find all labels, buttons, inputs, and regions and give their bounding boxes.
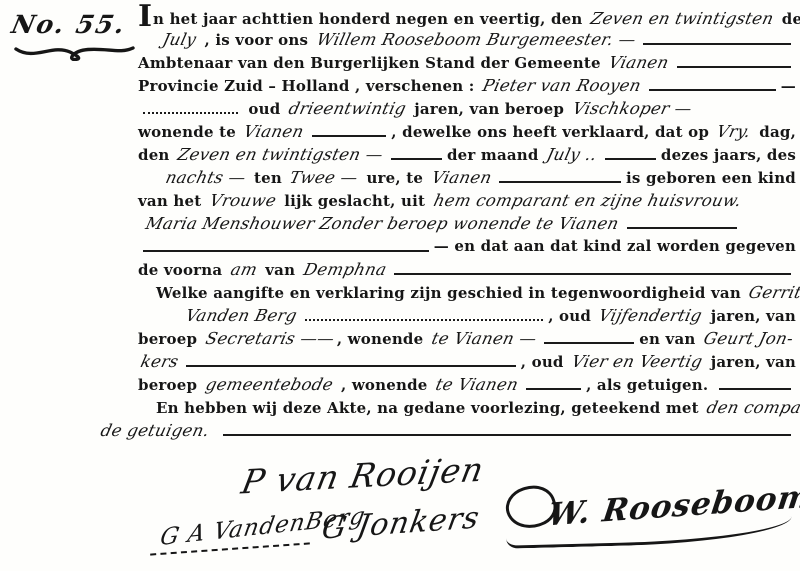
printed-text: van het: [138, 190, 207, 213]
fill-line: [391, 158, 442, 160]
act-line: de getuigen.: [98, 419, 796, 442]
fill-line: [143, 250, 429, 252]
act-body: In het jaar achttien honderd negen en ve…: [138, 5, 796, 442]
act-number-text: No. 55.: [9, 10, 129, 39]
printed-text: lijk geslacht, uit: [279, 190, 431, 213]
handwritten-text: Geurt Jon-: [698, 327, 798, 350]
fill-line: [643, 43, 791, 45]
fill-line: [544, 342, 634, 344]
printed-text: der maand: [447, 144, 544, 167]
printed-text: , oud: [521, 351, 569, 374]
act-line: Vanden Berg, oud Vijfendertig jaren, van: [183, 304, 796, 327]
handwritten-text: Vianen: [239, 120, 310, 143]
handwritten-text: te Vianen: [430, 373, 523, 396]
printed-text: , wonende: [336, 374, 433, 397]
handwritten-text: Pieter van Rooyen: [477, 74, 646, 97]
act-number: No. 55.: [12, 10, 142, 61]
act-line: kers, oud Vier en Veertig jaren, van: [138, 350, 796, 373]
handwritten-text: Vianen: [426, 166, 497, 189]
printed-text: En hebben wij deze Akte, na gedane voorl…: [156, 397, 704, 420]
handwritten-text: den comparant en: [702, 396, 800, 419]
birth-certificate-document: No. 55. In het jaar achttien honderd neg…: [0, 0, 800, 571]
fill-line: [649, 89, 776, 91]
printed-text: — en dat aan dat kind zal worden gegeven: [434, 235, 796, 258]
act-line: wonende te Vianen, dewelke ons heeft ver…: [138, 120, 796, 143]
handwritten-text: hem comparant en zijne huisvrouw.: [428, 189, 746, 212]
printed-text: dag,: [754, 121, 796, 144]
printed-text: —: [781, 75, 796, 98]
handwritten-text: te Vianen —: [426, 327, 542, 350]
fill-line: [627, 227, 737, 229]
handwritten-text: Vijfendertig: [594, 304, 708, 327]
act-line: beroep Secretaris ——, wonende te Vianen …: [138, 327, 796, 350]
signature-declarant: P van Rooijen: [238, 449, 487, 501]
fill-line: [312, 135, 386, 137]
printed-text: Provincie Zuid – Holland , verschenen :: [138, 75, 480, 98]
printed-text: wonende te: [138, 121, 241, 144]
printed-text: jaren, van beroep: [409, 98, 570, 121]
handwritten-text: Maria Menshouwer Zonder beroep wonende t…: [140, 212, 624, 235]
printed-text: , als getuigen.: [586, 374, 714, 397]
act-line: van het Vrouwe lijk geslacht, uit hem co…: [138, 189, 796, 212]
printed-text: de voorna: [138, 259, 228, 282]
act-line: beroep gemeentebode , wonende te Vianen,…: [138, 373, 796, 396]
printed-text: der maand: [776, 8, 800, 31]
printed-text: dezes jaars, des: [661, 144, 796, 167]
act-line: In het jaar achttien honderd negen en ve…: [138, 5, 796, 28]
handwritten-text: de getuigen.: [95, 419, 220, 442]
handwritten-text: Zeven en twintigsten: [585, 7, 779, 30]
fill-line: [186, 365, 515, 367]
printed-text: , dewelke ons heeft verklaard, dat op: [391, 121, 714, 144]
printed-text: is geboren een kind: [626, 167, 796, 190]
act-line: den Zeven en twintigsten —der maand July…: [138, 143, 796, 166]
printed-text: jaren, van: [705, 351, 796, 374]
printed-text: den: [138, 144, 175, 167]
act-line: de voorna am van Demphna: [138, 258, 796, 281]
fill-line: [223, 434, 791, 436]
fill-line: [394, 273, 791, 275]
act-line: — en dat aan dat kind zal worden gegeven: [138, 235, 796, 258]
printed-text: ten: [249, 167, 288, 190]
act-line: July , is voor ons Willem Rooseboom Burg…: [160, 28, 796, 51]
handwritten-text: Zeven en twintigsten —: [172, 143, 388, 166]
printed-text: jaren, van: [705, 305, 796, 328]
handwritten-text: Twee —: [285, 166, 364, 189]
dotted-fill: [305, 319, 544, 321]
drop-cap-initial: I: [138, 7, 152, 27]
handwritten-text: nachts —: [160, 166, 251, 189]
act-line: Maria Menshouwer Zonder beroep wonende t…: [143, 212, 796, 235]
handwritten-text: July: [157, 28, 201, 51]
handwritten-text: Vry.: [712, 120, 757, 143]
handwritten-text: Vanden Berg: [180, 304, 302, 327]
printed-text: Welke aangifte en verklaring zijn geschi…: [156, 282, 746, 305]
fill-line: [499, 181, 621, 183]
printed-text: beroep: [138, 328, 203, 351]
handwritten-text: Vischkoper —: [567, 97, 697, 120]
handwritten-text: Gerrit Antonie: [744, 281, 800, 304]
handwritten-text: Demphna: [298, 258, 392, 281]
printed-text: , wonende: [337, 328, 429, 351]
printed-text: Ambtenaar van den Burgerlijken Stand der…: [138, 52, 606, 75]
handwritten-text: July ..: [541, 143, 602, 166]
printed-text: oud: [243, 98, 286, 121]
act-line: oud drieentwintig jaren, van beroep Visc…: [138, 97, 796, 120]
handwritten-text: Vrouwe: [204, 189, 281, 212]
handwritten-text: gemeentebode: [200, 373, 338, 396]
handwritten-text: am: [225, 258, 262, 281]
act-line: En hebben wij deze Akte, na gedane voorl…: [156, 396, 796, 419]
act-line: Ambtenaar van den Burgerlijken Stand der…: [138, 51, 796, 74]
handwritten-text: kers: [135, 350, 184, 373]
printed-text: van: [260, 259, 301, 282]
fill-line: [719, 388, 791, 390]
act-line: Welke aangifte en verklaring zijn geschi…: [156, 281, 796, 304]
printed-text: en van: [639, 328, 701, 351]
dotted-fill: [143, 112, 238, 114]
act-line: Provincie Zuid – Holland , verschenen : …: [138, 74, 796, 97]
printed-text: , oud: [548, 305, 596, 328]
printed-text: , is voor ons: [199, 29, 313, 52]
fill-line: [677, 66, 791, 68]
printed-text: ure, te: [361, 167, 429, 190]
act-line: nachts — ten Twee — ure, te Vianenis geb…: [163, 166, 796, 189]
act-number-flourish: [12, 41, 136, 61]
handwritten-text: Secretaris ——: [200, 327, 340, 350]
handwritten-text: Vianen: [603, 51, 674, 74]
handwritten-text: drieentwintig: [283, 97, 411, 120]
fill-line: [605, 158, 656, 160]
fill-line: [526, 388, 581, 390]
handwritten-text: Willem Rooseboom Burgemeester. —: [311, 28, 641, 51]
printed-text: beroep: [138, 374, 203, 397]
handwritten-text: Vier en Veertig: [566, 350, 708, 373]
